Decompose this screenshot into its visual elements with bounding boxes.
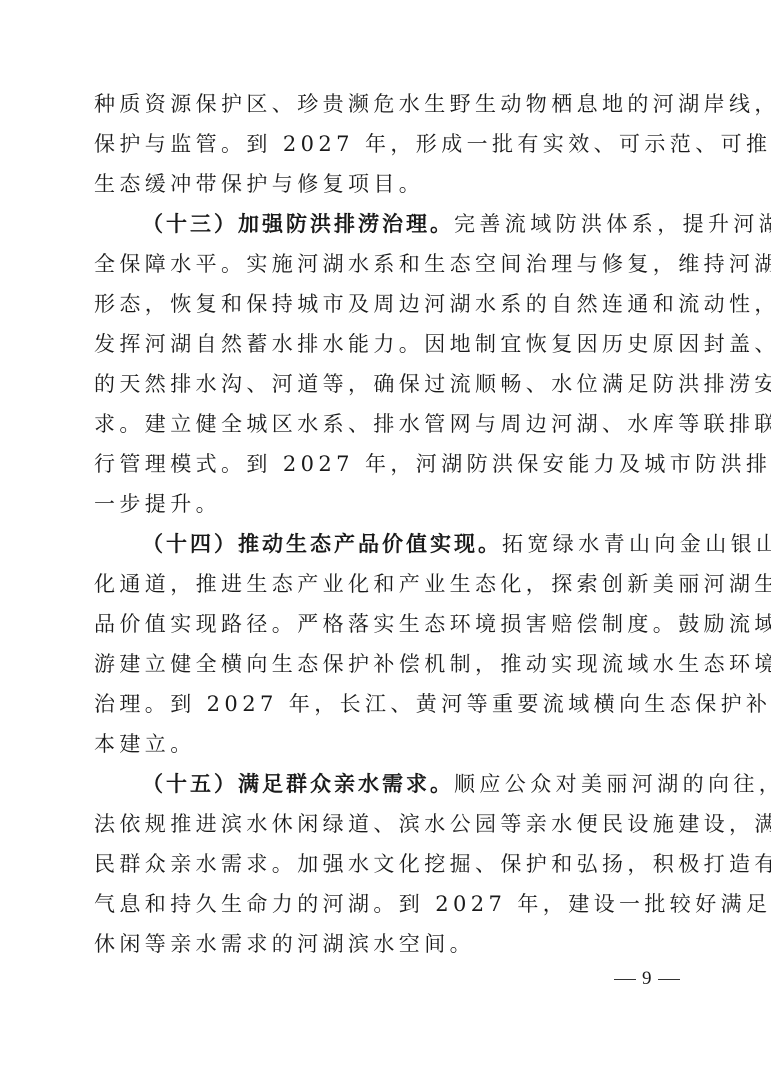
text-line: 种质资源保护区、珍贵濒危水生野生动物栖息地的河湖岸线，加强 xyxy=(94,84,684,124)
text-line: 本建立。 xyxy=(94,724,684,764)
heading-line-rest: 拓宽绿水青山向金山银山转 xyxy=(502,532,771,556)
text-line: （十五）满足群众亲水需求。顺应公众对美丽河湖的向往，依 xyxy=(94,764,684,804)
text-line: 游建立健全横向生态保护补偿机制，推动实现流域水生态环境协同 xyxy=(94,644,684,684)
section-heading: （十五）满足群众亲水需求。 xyxy=(142,771,454,796)
paragraph-section-15: （十五）满足群众亲水需求。顺应公众对美丽河湖的向往，依 法依规推进滨水休闲绿道、… xyxy=(94,764,684,964)
page-number-value: 9 xyxy=(642,968,652,989)
text-line: 行管理模式。到 2027 年，河湖防洪保安能力及城市防洪排涝能力进 xyxy=(94,444,684,484)
text-line: 化通道，推进生态产业化和产业生态化，探索创新美丽河湖生态产 xyxy=(94,564,684,604)
text-line: 一步提升。 xyxy=(94,484,684,524)
text-line: 治理。到 2027 年，长江、黄河等重要流域横向生态保护补偿机制基 xyxy=(94,684,684,724)
dash-right xyxy=(658,979,680,980)
text-line: 求。建立健全城区水系、排水管网与周边河湖、水库等联排联调运 xyxy=(94,404,684,444)
text-line: 品价值实现路径。严格落实生态环境损害赔偿制度。鼓励流域上下 xyxy=(94,604,684,644)
paragraph-continuation: 种质资源保护区、珍贵濒危水生野生动物栖息地的河湖岸线，加强 保护与监管。到 20… xyxy=(94,84,684,204)
text-line: （十四）推动生态产品价值实现。拓宽绿水青山向金山银山转 xyxy=(94,524,684,564)
heading-line-rest: 顺应公众对美丽河湖的向往，依 xyxy=(454,772,771,796)
text-line: 形态，恢复和保持城市及周边河湖水系的自然连通和流动性，充分 xyxy=(94,284,684,324)
text-line: 的天然排水沟、河道等，确保过流顺畅、水位满足防洪排涝安全要 xyxy=(94,364,684,404)
section-heading: （十三）加强防洪排涝治理。 xyxy=(142,211,454,236)
text-line: 保护与监管。到 2027 年，形成一批有实效、可示范、可推广的河湖 xyxy=(94,124,684,164)
paragraph-section-13: （十三）加强防洪排涝治理。完善流域防洪体系，提升河湖安 全保障水平。实施河湖水系… xyxy=(94,204,684,524)
text-line: 发挥河湖自然蓄水排水能力。因地制宜恢复因历史原因封盖、填埋 xyxy=(94,324,684,364)
page-number: 9 xyxy=(608,968,686,990)
text-line: 民群众亲水需求。加强水文化挖掘、保护和弘扬，积极打造有文化 xyxy=(94,844,684,884)
section-heading: （十四）推动生态产品价值实现。 xyxy=(142,531,502,556)
dash-left xyxy=(614,979,636,980)
text-line: 休闲等亲水需求的河湖滨水空间。 xyxy=(94,924,684,964)
document-page: 种质资源保护区、珍贵濒危水生野生动物栖息地的河湖岸线，加强 保护与监管。到 20… xyxy=(94,84,684,964)
text-line: （十三）加强防洪排涝治理。完善流域防洪体系，提升河湖安 xyxy=(94,204,684,244)
paragraph-section-14: （十四）推动生态产品价值实现。拓宽绿水青山向金山银山转 化通道，推进生态产业化和… xyxy=(94,524,684,764)
text-line: 全保障水平。实施河湖水系和生态空间治理与修复，维持河湖自然 xyxy=(94,244,684,284)
heading-line-rest: 完善流域防洪体系，提升河湖安 xyxy=(454,212,771,236)
text-line: 生态缓冲带保护与修复项目。 xyxy=(94,164,684,204)
text-line: 法依规推进滨水休闲绿道、滨水公园等亲水便民设施建设，满足人 xyxy=(94,804,684,844)
text-line: 气息和持久生命力的河湖。到 2027 年，建设一批较好满足群众景观、 xyxy=(94,884,684,924)
